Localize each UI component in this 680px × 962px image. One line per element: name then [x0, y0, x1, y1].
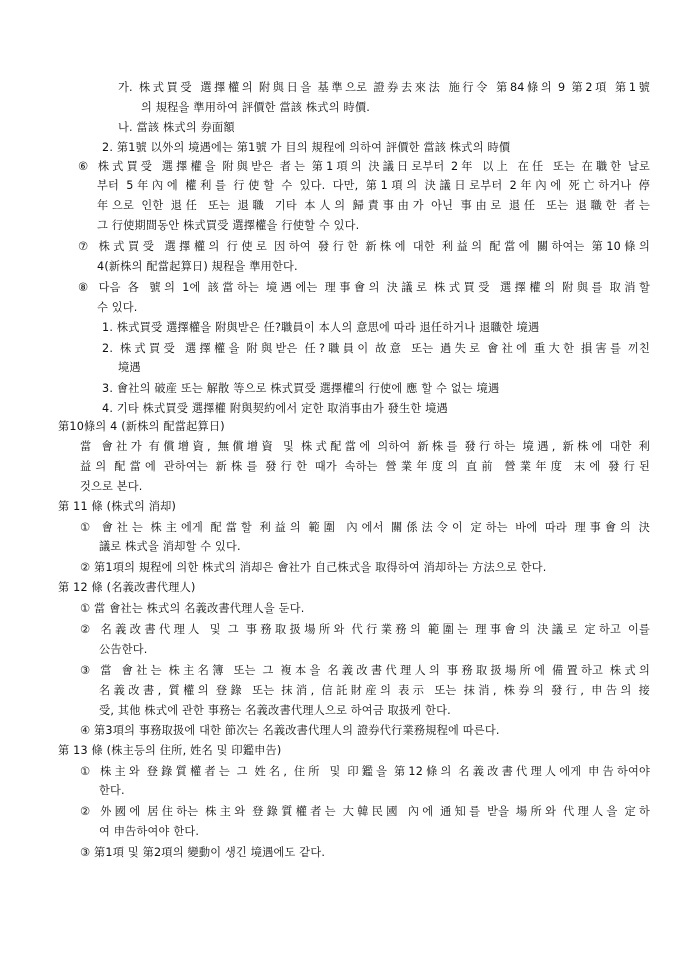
document-page: 가. 株式買受 選擇權의 附與日을 基準으로 證券去來法 施行令 第84條의 9… [0, 0, 680, 962]
text-line: 境遇 [118, 361, 141, 375]
text-line: ① 當 會社는 株式의 名義改書代理人을 둔다. [80, 602, 304, 616]
text-line: ② 第1項의 規程에 의한 株式의 消却은 會社가 自己株式을 取得하여 消却하… [80, 561, 547, 575]
text-line: ③ 第1項 및 第2項의 變動이 생긴 境遇에도 같다. [80, 846, 325, 860]
text-line: 가. 株式買受 選擇權의 附與日을 基準으로 證券去來法 施行令 第84條의 9… [118, 81, 650, 95]
text-line: 名義改書, 質權의 登錄 또는 抹消, 信託財産의 表示 또는 抹消, 株券의 … [99, 684, 650, 698]
text-line: 議로 株式을 消却할 수 있다. [99, 540, 241, 554]
text-line: ② 名義改書代理人 및 그 事務取扱場所와 代行業務의 範圍는 理事會의 決議로… [80, 623, 650, 637]
text-line: 그 行使期間동안 株式買受 選擇權을 行使할 수 있다. [97, 219, 359, 233]
text-line: 益의 配當에 관하여는 新株를 發行한 때가 속하는 營業年度의 直前 營業年度… [80, 460, 650, 474]
text-line: 4(新株의 配當起算日) 規程을 準用한다. [97, 260, 298, 274]
text-line: 當 會社가 有償增資, 無償增資 및 株式配當에 의하여 新株를 發行하는 境遇… [80, 440, 650, 454]
text-line: ① 會社는 株主에게 配當할 利益의 範圍 內에서 關係法令이 定하는 바에 따… [80, 521, 650, 535]
text-line: 第10條의 4 (新株의 配當起算日) [58, 420, 225, 434]
text-line: 4. 기타 株式買受 選擇權 附與契約에서 定한 取消事由가 發生한 境遇 [102, 402, 448, 416]
text-line: 여 申告하여야 한다. [99, 825, 199, 839]
text-line: 3. 會社의 破産 또는 解散 等으로 株式買受 選擇權의 行使에 應 할 수 … [102, 382, 499, 396]
text-line: 수 있다. [97, 301, 138, 315]
text-line: ⑦ 株式買受 選擇權의 行使로 因하여 發行한 新株에 대한 利益의 配當에 關… [78, 240, 650, 254]
text-line: 2. 第1號 以外의 境遇에는 第1號 가 目의 規程에 의하여 評價한 當該 … [102, 141, 510, 155]
text-line: 한다. [99, 784, 125, 798]
text-line: ⑧ 다음 各 號의 1에 該當하는 境遇에는 理事會의 決議로 株式買受 選擇權… [78, 281, 650, 295]
text-line: ① 株主와 登錄質權者는 그 姓名, 住所 및 印鑑을 第12條의 名義改書代理… [80, 765, 650, 779]
text-line: 第 11 條 (株式의 消却) [58, 500, 176, 514]
text-line: 1. 株式買受 選擇權을 附與받은 任?職員이 本人의 意思에 따라 退任하거나… [102, 321, 539, 335]
text-line: ④ 第3項의 事務取扱에 대한 節次는 名義改書代理人의 證券代行業務規程에 따… [80, 724, 500, 738]
text-line: 2. 株式買受 選擇權을 附與받은 任?職員이 故意 또는 過失로 會社에 重大… [102, 342, 650, 356]
text-line: 부터 5年內에 權利를 行使할 수 있다. 다만, 第1項의 決議日로부터 2年… [97, 179, 650, 193]
text-line: ⑥ 株式買受 選擇權을 附與받은 者는 第1項의 決議日로부터 2年 以上 在任… [78, 160, 650, 174]
text-line: 公告한다. [99, 643, 148, 657]
text-line: 나. 當該 株式의 券面額 [118, 121, 235, 135]
text-line: ② 外國에 居住하는 株主와 登錄質權者는 大韓民國 內에 通知를 받을 場所와… [80, 805, 650, 819]
text-line: 年으로 인한 退任 또는 退職 기타 本人의 歸責事由가 아닌 事由로 退任 또… [97, 199, 650, 213]
text-line: 의 規程을 準用하여 評價한 當該 株式의 時價. [141, 101, 370, 115]
text-line: 第 12 條 (名義改書代理人) [58, 581, 196, 595]
text-line: ③ 當 會社는 株主名簿 또는 그 複本을 名義改書代理人의 事務取扱場所에 備… [80, 664, 650, 678]
text-line: 第 13 條 (株主등의 住所, 姓名 및 印鑑申告) [58, 744, 282, 758]
text-line: 것으로 본다. [80, 480, 143, 494]
text-line: 受, 其他 株式에 관한 事務는 名義改書代理人으로 하여금 取扱케 한다. [99, 704, 451, 718]
